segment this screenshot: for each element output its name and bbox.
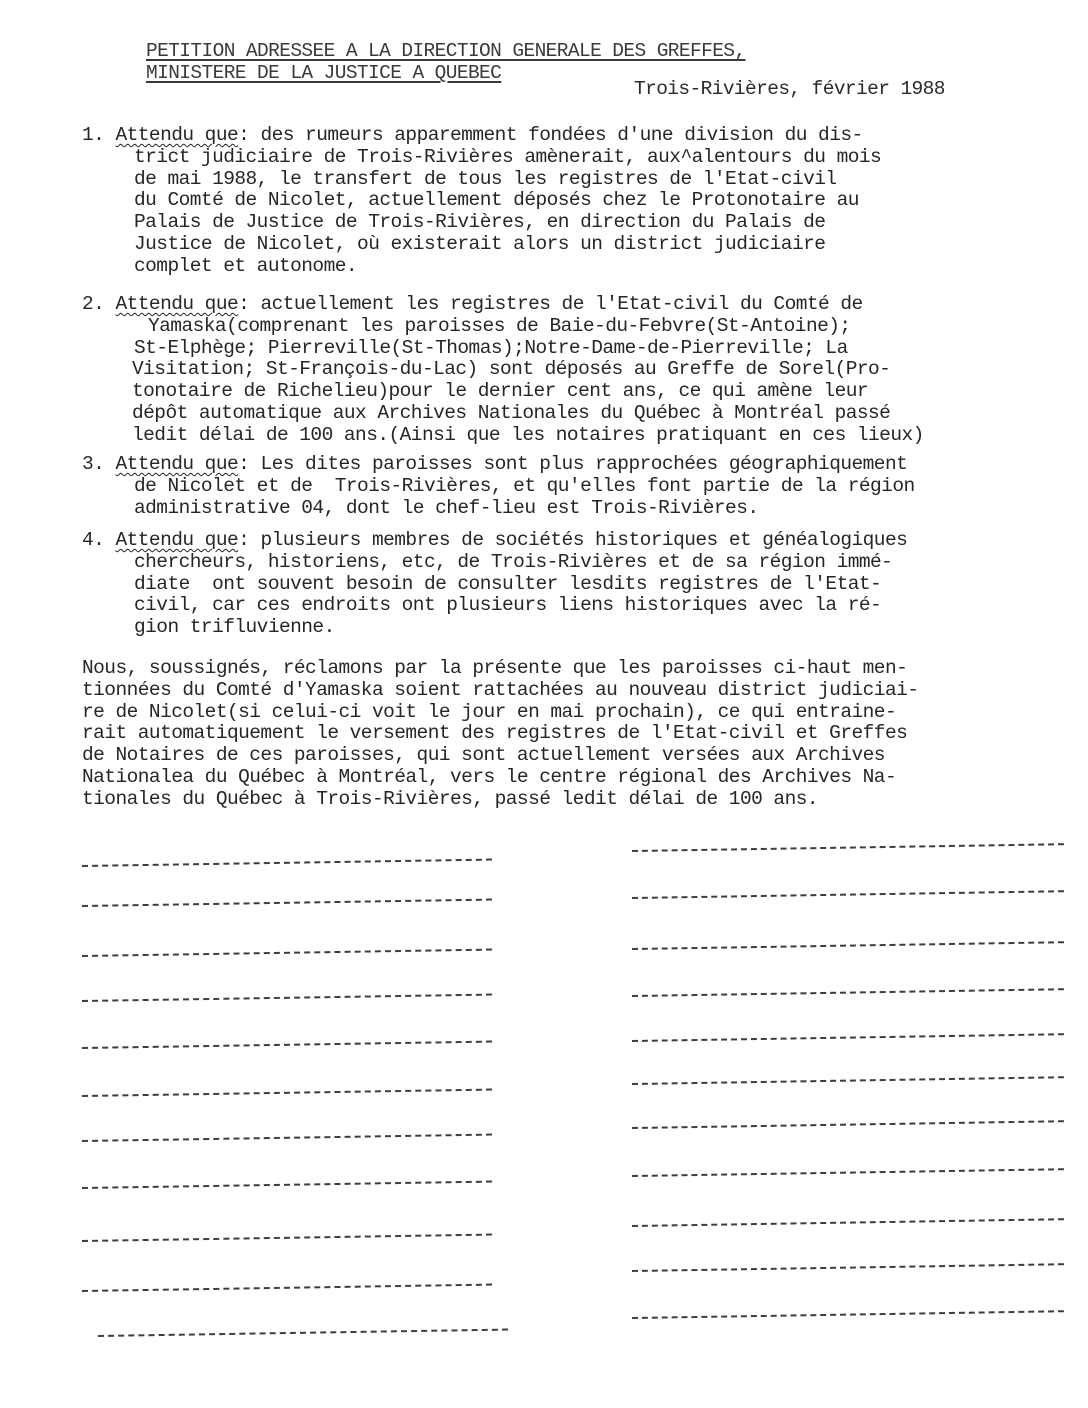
signature-line-right-11[interactable]: [632, 1310, 1064, 1319]
clause-line: complet et autonome.: [134, 256, 357, 278]
clause-line: Palais de Justice de Trois-Rivières, en …: [134, 212, 825, 234]
clause-line: St-Elphège; Pierreville(St-Thomas);Notre…: [134, 338, 848, 360]
signature-line-left-7[interactable]: [82, 1134, 492, 1142]
clause-number: 2.: [82, 293, 115, 315]
signature-line-right-4[interactable]: [632, 988, 1064, 997]
clause-line: 1. Attendu que: des rumeurs apparemment …: [82, 125, 863, 147]
clause-line: du Comté de Nicolet, actuellement déposé…: [134, 190, 859, 212]
signature-line-left-2[interactable]: [82, 899, 492, 907]
signature-line-left-4[interactable]: [82, 994, 492, 1002]
clause-line: diate ont souvent besoin de consulter le…: [134, 574, 881, 596]
clause-line: ledit délai de 100 ans.(Ainsi que les no…: [132, 425, 924, 447]
clause-text: : plusieurs membres de sociétés historiq…: [238, 529, 907, 551]
dateline: Trois-Rivières, février 1988: [634, 78, 945, 100]
clause-number: 3.: [82, 453, 115, 475]
clause-line: 3. Attendu que: Les dites paroisses sont…: [82, 454, 907, 476]
signature-line-left-3[interactable]: [82, 949, 492, 957]
clause-line: dépôt automatique aux Archives Nationale…: [132, 403, 890, 425]
petition-page: PETITION ADRESSEE A LA DIRECTION GENERAL…: [0, 0, 1088, 1408]
signature-line-right-2[interactable]: [632, 890, 1064, 899]
clause-line: Visitation; St-François-du-Lac) sont dép…: [132, 359, 890, 381]
clause-label: Attendu que: [115, 293, 238, 315]
clause-line: civil, car ces endroits ont plusieurs li…: [134, 595, 881, 617]
clause-line: administrative 04, dont le chef-lieu est…: [134, 498, 759, 520]
clause-number: 1.: [82, 124, 115, 146]
clause-line: de mai 1988, le transfert de tous les re…: [134, 169, 837, 191]
paragraph-line: tionales du Québec à Trois-Rivières, pas…: [82, 789, 818, 811]
clause-line: de Nicolet et de Trois-Rivières, et qu'e…: [134, 476, 915, 498]
signature-line-right-9[interactable]: [632, 1218, 1064, 1227]
signature-line-right-7[interactable]: [632, 1120, 1064, 1129]
signature-line-right-5[interactable]: [632, 1033, 1064, 1042]
signature-line-left-9[interactable]: [82, 1234, 492, 1242]
clause-line: 4. Attendu que: plusieurs membres de soc…: [82, 530, 907, 552]
paragraph-line: tionnées du Comté d'Yamaska soient ratta…: [82, 680, 918, 702]
signature-line-left-1[interactable]: [82, 859, 492, 867]
signature-line-left-10[interactable]: [82, 1284, 492, 1292]
clause-label: Attendu que: [115, 453, 238, 475]
paragraph-line: re de Nicolet(si celui-ci voit le jour e…: [82, 702, 896, 724]
clause-label: Attendu que: [115, 529, 238, 551]
paragraph-line: rait automatiquement le versement des re…: [82, 723, 907, 745]
signature-line-right-6[interactable]: [632, 1076, 1064, 1085]
paragraph-line: Nationalea du Québec à Montréal, vers le…: [82, 767, 896, 789]
signature-line-right-1[interactable]: [632, 843, 1064, 852]
paragraph-line: de Notaires de ces paroisses, qui sont a…: [82, 745, 885, 767]
signature-line-left-5[interactable]: [82, 1041, 492, 1049]
clause-text: : actuellement les registres de l'Etat-c…: [238, 293, 863, 315]
signature-line-right-10[interactable]: [632, 1263, 1064, 1272]
signature-line-right-3[interactable]: [632, 941, 1064, 950]
clause-line: gion trifluvienne.: [134, 617, 335, 639]
clause-line: 2. Attendu que: actuellement les registr…: [82, 294, 863, 316]
clause-line: chercheurs, historiens, etc, de Trois-Ri…: [134, 552, 892, 574]
clause-line: Justice de Nicolet, où existerait alors …: [134, 234, 825, 256]
clause-number: 4.: [82, 529, 115, 551]
clause-line: tonotaire de Richelieu)pour le dernier c…: [132, 381, 868, 403]
clause-text: : Les dites paroisses sont plus rapproch…: [238, 453, 907, 475]
clause-label: Attendu que: [115, 124, 238, 146]
title-line-1: PETITION ADRESSEE A LA DIRECTION GENERAL…: [146, 40, 746, 62]
clause-line: Yamaska(comprenant les paroisses de Baie…: [148, 316, 851, 338]
paragraph-line: Nous, soussignés, réclamons par la prése…: [82, 658, 907, 680]
clause-text: : des rumeurs apparemment fondées d'une …: [238, 124, 863, 146]
signature-line-left-8[interactable]: [82, 1181, 492, 1189]
signature-line-left-11[interactable]: [98, 1329, 508, 1337]
signature-line-right-8[interactable]: [632, 1168, 1064, 1177]
clause-line: trict judiciaire de Trois-Rivières amène…: [134, 147, 881, 169]
signature-line-left-6[interactable]: [82, 1089, 492, 1097]
